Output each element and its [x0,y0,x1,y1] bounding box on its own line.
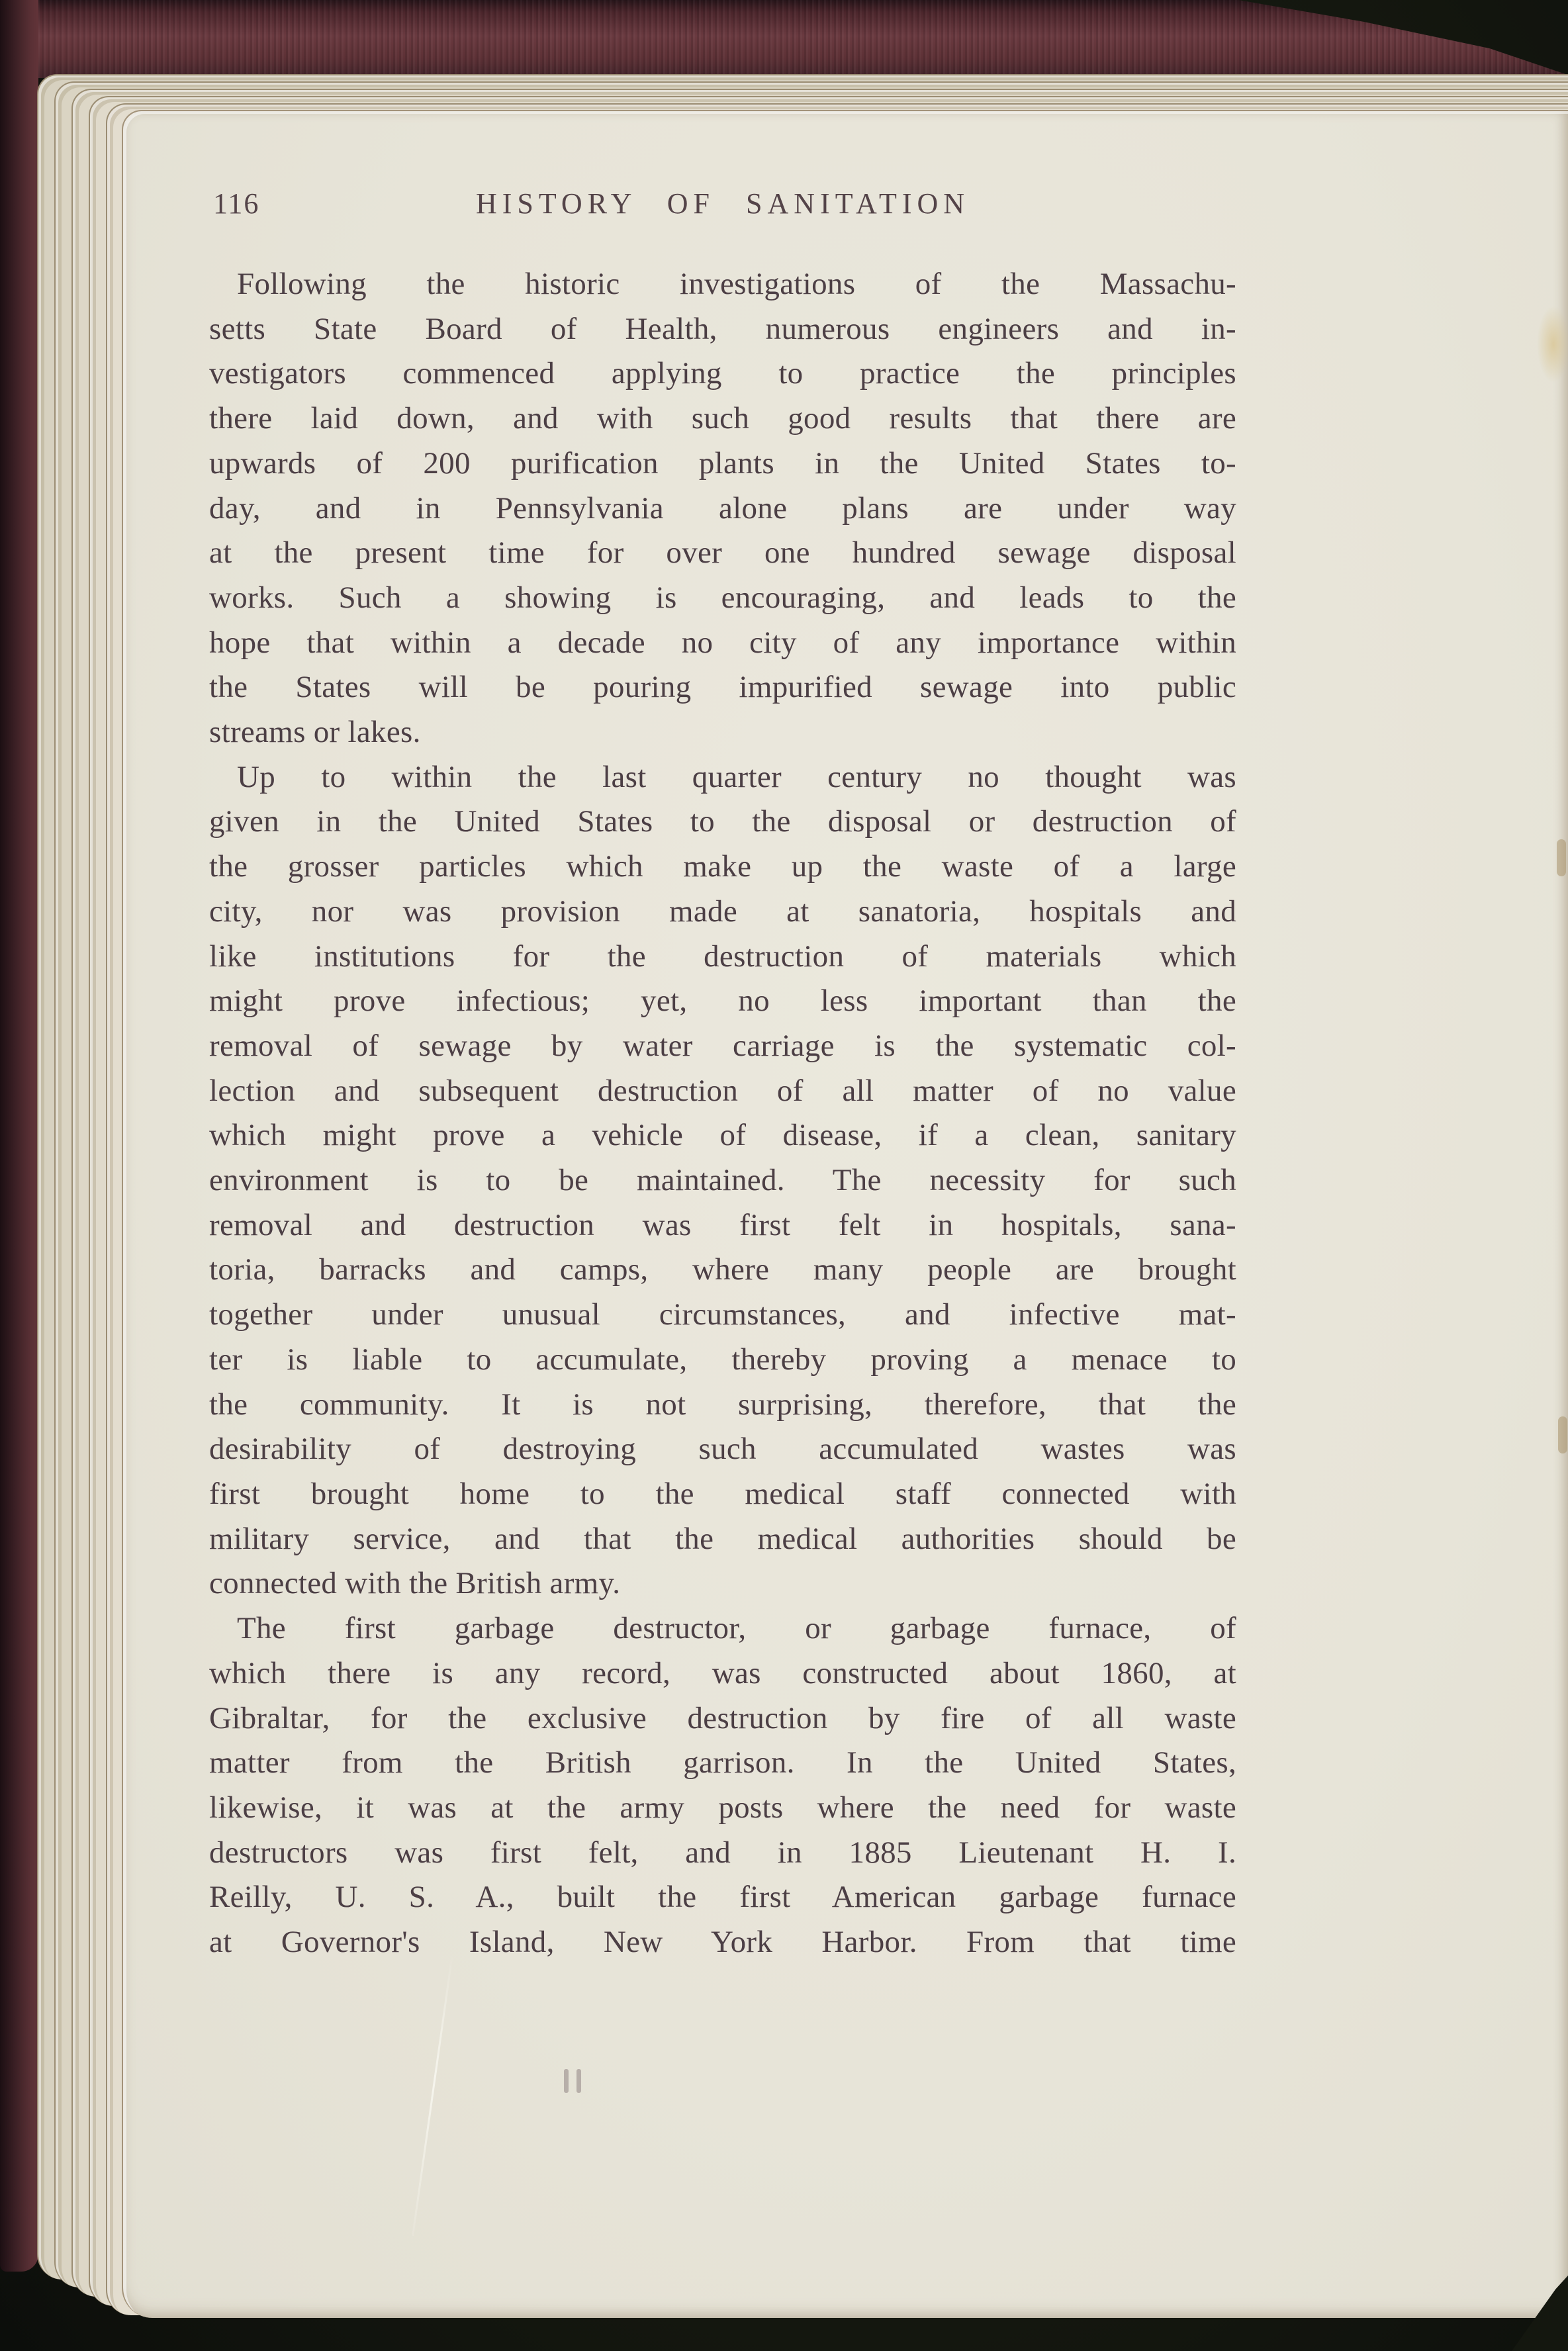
paragraph: Up to within the last quarter century no… [209,755,1236,1606]
text-line: The first garbage destructor, or garbage… [209,1606,1236,1651]
text-line: Gibraltar, for the exclusive destruction… [209,1696,1236,1741]
text-line: destructors was first felt, and in 1885 … [209,1831,1236,1876]
paragraph: Following the historic investigations of… [209,262,1236,755]
text-line: given in the United States to the dispos… [209,800,1236,845]
running-title: HISTORY OF SANITATION [209,187,1236,220]
text-line: the grosser particles which make up the … [209,845,1236,890]
text-line: ter is liable to accumulate, thereby pro… [209,1338,1236,1383]
text-line: there laid down, and with such good resu… [209,396,1236,441]
text-line: military service, and that the medical a… [209,1517,1236,1562]
stain-artifact [1537,306,1568,383]
text-line: city, nor was provision made at sanatori… [209,890,1236,935]
text-line: first brought home to the medical staff … [209,1472,1236,1517]
text-line: removal and destruction was first felt i… [209,1203,1236,1248]
text-line: the States will be pouring impurified se… [209,665,1236,710]
text-line: at Governor's Island, New York Harbor. F… [209,1920,1236,1965]
text-line: upwards of 200 purification plants in th… [209,441,1236,486]
pencil-mark-artifact [564,2069,581,2093]
text-line: might prove infectious; yet, no less imp… [209,979,1236,1024]
text-line: toria, barracks and camps, where many pe… [209,1248,1236,1293]
text-line: lection and subsequent destruction of al… [209,1069,1236,1114]
text-line: like institutions for the destruction of… [209,935,1236,980]
text-line: works. Such a showing is encouraging, an… [209,576,1236,621]
text-line: vestigators commenced applying to practi… [209,351,1236,396]
text-line: Following the historic investigations of… [209,262,1236,307]
body-text: Following the historic investigations of… [209,262,1236,1965]
text-line: connected with the British army. [209,1561,1236,1606]
text-line: likewise, it was at the army posts where… [209,1786,1236,1831]
text-line: day, and in Pennsylvania alone plans are… [209,486,1236,531]
book-cover-top-edge [0,0,1568,78]
text-line: which might prove a vehicle of disease, … [209,1113,1236,1158]
text-line: hope that within a decade no city of any… [209,621,1236,666]
book-cover-spine-edge [0,0,38,2272]
paragraph: The first garbage destructor, or garbage… [209,1606,1236,1965]
text-line: desirability of destroying such accumula… [209,1427,1236,1472]
page-number: 116 [213,187,259,220]
page-edge-nick [1558,1416,1567,1453]
text-line: together under unusual circumstances, an… [209,1293,1236,1338]
text-line: at the present time for over one hundred… [209,531,1236,576]
text-line: setts State Board of Health, numerous en… [209,307,1236,352]
text-line: Up to within the last quarter century no… [209,755,1236,800]
text-line: the community. It is not surprising, the… [209,1383,1236,1428]
page-edge-nick [1557,839,1566,876]
text-line: which there is any record, was construct… [209,1651,1236,1696]
text-line: Reilly, U. S. A., built the first Americ… [209,1875,1236,1920]
book-scan: 116 HISTORY OF SANITATION Following the … [0,0,1568,2351]
text-line: environment is to be maintained. The nec… [209,1158,1236,1203]
text-line: streams or lakes. [209,710,1236,755]
text-line: removal of sewage by water carriage is t… [209,1024,1236,1069]
page-header: 116 HISTORY OF SANITATION [209,187,1236,226]
text-line: matter from the British garrison. In the… [209,1741,1236,1786]
